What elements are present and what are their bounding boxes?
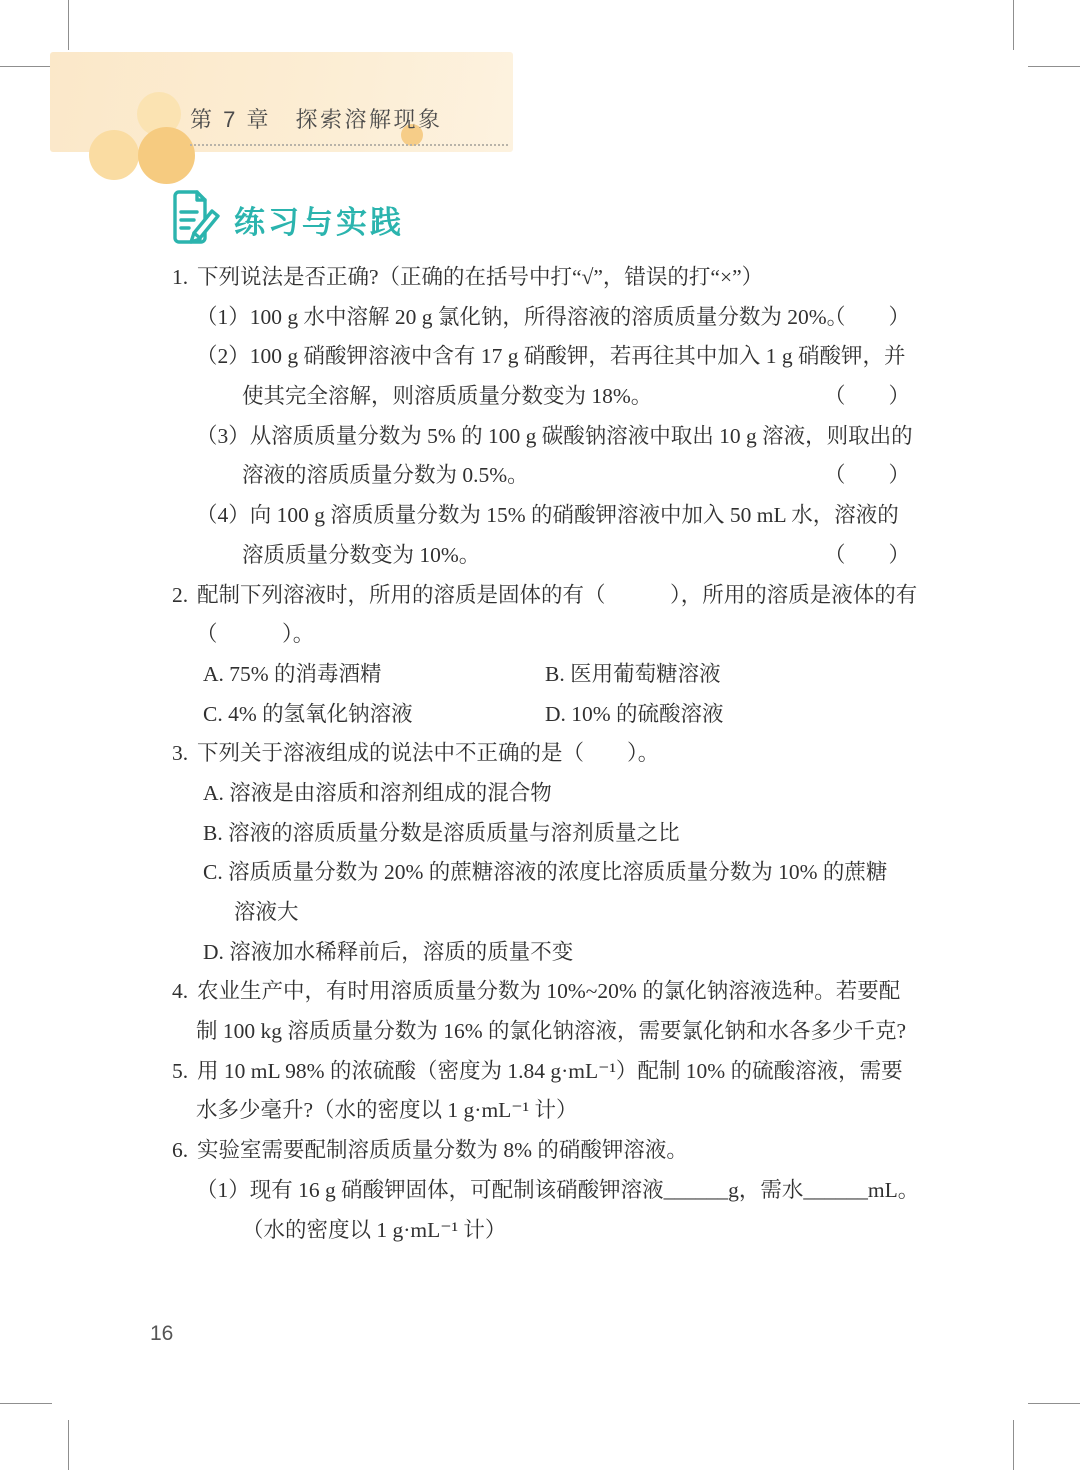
crop-mark-top-left-v bbox=[68, 0, 69, 50]
text-line: 使其完全溶解，则溶质质量分数变为 18%。（ ） bbox=[170, 377, 910, 417]
line-text: （2）100 g 硝酸钾溶液中含有 17 g 硝酸钾，若再往其中加入 1 g 硝… bbox=[196, 344, 906, 368]
question-number: 1. bbox=[172, 258, 188, 298]
option-left: A. 75% 的消毒酒精 bbox=[203, 662, 382, 686]
option-right: D. 10% 的硫酸溶液 bbox=[545, 695, 724, 735]
text-line: 溶液大 bbox=[170, 893, 910, 933]
decorative-circle bbox=[89, 130, 139, 180]
notebook-pencil-icon bbox=[167, 188, 221, 251]
line-text: 下列关于溶液组成的说法中不正确的是（ ）。 bbox=[197, 734, 659, 774]
line-text: 使其完全溶解，则溶质质量分数变为 18%。 bbox=[242, 384, 652, 408]
crop-mark-top-right-h bbox=[1028, 66, 1080, 67]
text-line: 水多少毫升?（水的密度以 1 g·mL⁻¹ 计） bbox=[170, 1091, 910, 1131]
answer-bracket: （ ） bbox=[824, 377, 910, 417]
text-line: （2）100 g 硝酸钾溶液中含有 17 g 硝酸钾，若再往其中加入 1 g 硝… bbox=[170, 337, 910, 377]
option-right: B. 医用葡萄糖溶液 bbox=[545, 655, 721, 695]
line-text: 配制下列溶液时，所用的溶质是固体的有（ ），所用的溶质是液体的有 bbox=[197, 576, 917, 616]
question-number: 5. bbox=[172, 1052, 188, 1092]
text-line: （ ）。 bbox=[170, 615, 910, 655]
question-number: 2. bbox=[172, 576, 188, 616]
decorative-circle bbox=[138, 127, 195, 184]
crop-mark-bottom-left-h bbox=[0, 1403, 52, 1404]
line-text: 制 100 kg 溶质质量分数为 16% 的氯化钠溶液，需要氯化钠和水各多少千克… bbox=[196, 1019, 906, 1043]
crop-mark-bottom-right-h bbox=[1028, 1403, 1080, 1404]
text-line: （1）现有 16 g 硝酸钾固体，可配制该硝酸钾溶液______g，需水____… bbox=[170, 1171, 910, 1211]
text-line: 溶质质量分数变为 10%。（ ） bbox=[170, 536, 910, 576]
line-text: 用 10 mL 98% 的浓硫酸（密度为 1.84 g·mL⁻¹）配制 10% … bbox=[197, 1052, 903, 1092]
text-line: B. 溶液的溶质质量分数是溶质质量与溶剂质量之比 bbox=[170, 814, 910, 854]
text-line: A. 75% 的消毒酒精B. 医用葡萄糖溶液 bbox=[170, 655, 910, 695]
line-text: （1）现有 16 g 硝酸钾固体，可配制该硝酸钾溶液______g，需水____… bbox=[196, 1178, 919, 1202]
text-line: （水的密度以 1 g·mL⁻¹ 计） bbox=[170, 1211, 910, 1251]
text-line: （3）从溶质质量分数为 5% 的 100 g 碳酸钠溶液中取出 10 g 溶液，… bbox=[170, 417, 910, 457]
text-line: （4）向 100 g 溶质质量分数为 15% 的硝酸钾溶液中加入 50 mL 水… bbox=[170, 496, 910, 536]
section-title: 练习与实践 bbox=[234, 197, 404, 242]
text-line: 溶液的溶质质量分数为 0.5%。（ ） bbox=[170, 456, 910, 496]
question-number: 4. bbox=[172, 972, 188, 1012]
section-heading: 练习与实践 bbox=[167, 188, 404, 251]
line-text: D. 溶液加水稀释前后，溶质的质量不变 bbox=[203, 940, 573, 964]
line-text: （ ）。 bbox=[196, 622, 314, 646]
line-text: 下列说法是否正确?（正确的在括号中打“√”，错误的打“×”） bbox=[197, 258, 763, 298]
question-number: 6. bbox=[172, 1131, 188, 1171]
text-line: 2.配制下列溶液时，所用的溶质是固体的有（ ），所用的溶质是液体的有 bbox=[170, 576, 910, 616]
text-line: （1）100 g 水中溶解 20 g 氯化钠，所得溶液的溶质质量分数为 20%。… bbox=[170, 298, 910, 338]
chapter-title: 第 7 章 探索溶解现象 bbox=[190, 103, 508, 146]
line-text: （1）100 g 水中溶解 20 g 氯化钠，所得溶液的溶质质量分数为 20%。 bbox=[196, 305, 848, 329]
option-left: C. 4% 的氢氧化钠溶液 bbox=[203, 702, 413, 726]
line-text: 农业生产中，有时用溶质质量分数为 10%~20% 的氯化钠溶液选种。若要配 bbox=[197, 972, 900, 1012]
line-text: C. 溶质质量分数为 20% 的蔗糖溶液的浓度比溶质质量分数为 10% 的蔗糖 bbox=[203, 860, 887, 884]
line-text: 溶质质量分数变为 10%。 bbox=[242, 543, 480, 567]
text-line: C. 4% 的氢氧化钠溶液D. 10% 的硫酸溶液 bbox=[170, 695, 910, 735]
answer-bracket: （ ） bbox=[824, 298, 910, 338]
text-line: D. 溶液加水稀释前后，溶质的质量不变 bbox=[170, 933, 910, 973]
page-number: 16 bbox=[150, 1322, 173, 1346]
text-line: C. 溶质质量分数为 20% 的蔗糖溶液的浓度比溶质质量分数为 10% 的蔗糖 bbox=[170, 853, 910, 893]
crop-mark-bottom-left-v bbox=[68, 1420, 69, 1470]
answer-bracket: （ ） bbox=[824, 456, 910, 496]
question-number: 3. bbox=[172, 734, 188, 774]
text-line: 4.农业生产中，有时用溶质质量分数为 10%~20% 的氯化钠溶液选种。若要配 bbox=[170, 972, 910, 1012]
line-text: B. 溶液的溶质质量分数是溶质质量与溶剂质量之比 bbox=[203, 821, 680, 845]
crop-mark-top-right-v bbox=[1013, 0, 1014, 50]
exercise-lines: 1.下列说法是否正确?（正确的在括号中打“√”，错误的打“×”）（1）100 g… bbox=[170, 258, 910, 1250]
line-text: （3）从溶质质量分数为 5% 的 100 g 碳酸钠溶液中取出 10 g 溶液，… bbox=[196, 424, 913, 448]
text-line: 3.下列关于溶液组成的说法中不正确的是（ ）。 bbox=[170, 734, 910, 774]
textbook-page: 第 7 章 探索溶解现象 练习与实践 1.下列说法是否正确?（正确的在括号中打“… bbox=[0, 0, 1080, 1470]
line-text: 实验室需要配制溶质质量分数为 8% 的硝酸钾溶液。 bbox=[197, 1131, 688, 1171]
text-line: 5.用 10 mL 98% 的浓硫酸（密度为 1.84 g·mL⁻¹）配制 10… bbox=[170, 1052, 910, 1092]
text-line: 6.实验室需要配制溶质质量分数为 8% 的硝酸钾溶液。 bbox=[170, 1131, 910, 1171]
line-text: 水多少毫升?（水的密度以 1 g·mL⁻¹ 计） bbox=[196, 1098, 577, 1122]
text-line: 1.下列说法是否正确?（正确的在括号中打“√”，错误的打“×”） bbox=[170, 258, 910, 298]
answer-bracket: （ ） bbox=[824, 536, 910, 576]
line-text: （4）向 100 g 溶质质量分数为 15% 的硝酸钾溶液中加入 50 mL 水… bbox=[196, 503, 899, 527]
line-text: 溶液的溶质质量分数为 0.5%。 bbox=[242, 463, 529, 487]
crop-mark-bottom-right-v bbox=[1013, 1420, 1014, 1470]
text-line: A. 溶液是由溶质和溶剂组成的混合物 bbox=[170, 774, 910, 814]
crop-mark-top-left-h bbox=[0, 66, 52, 67]
line-text: 溶液大 bbox=[234, 900, 299, 924]
line-text: A. 溶液是由溶质和溶剂组成的混合物 bbox=[203, 781, 552, 805]
text-line: 制 100 kg 溶质质量分数为 16% 的氯化钠溶液，需要氯化钠和水各多少千克… bbox=[170, 1012, 910, 1052]
line-text: （水的密度以 1 g·mL⁻¹ 计） bbox=[242, 1218, 506, 1242]
